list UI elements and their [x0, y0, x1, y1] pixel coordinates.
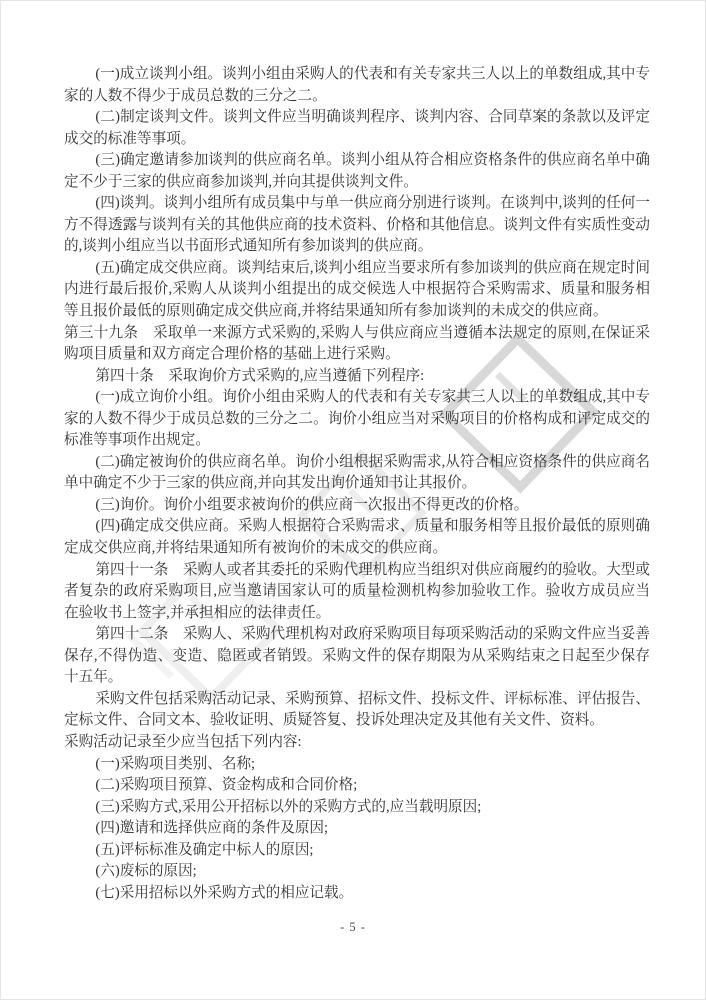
paragraph-record-item-6: (六)废标的原因;: [64, 861, 650, 883]
paragraph-item-1: (一)成立谈判小组。谈判小组由采购人的代表和有关专家共三人以上的单数组成,其中专…: [64, 64, 650, 107]
paragraph-item-inquiry-1: (一)成立询价小组。询价小组由采购人的代表和有关专家共三人以上的单数组成,其中专…: [64, 387, 650, 452]
paragraph-document-list: 采购文件包括采购活动记录、采购预算、招标文件、投标文件、评标标准、评估报告、定标…: [64, 689, 650, 732]
paragraph-article-41: 第四十一条 采购人或者其委托的采购代理机构应当组织对供应商履约的验收。大型或者复…: [64, 560, 650, 625]
paragraph-item-inquiry-2: (二)确定被询价的供应商名单。询价小组根据采购需求,从符合相应资格条件的供应商名…: [64, 452, 650, 495]
paragraph-record-item-4: (四)邀请和选择供应商的条件及原因;: [64, 818, 650, 840]
paragraph-article-42: 第四十二条 采购人、采购代理机构对政府采购项目每项采购活动的采购文件应当妥善保存…: [64, 624, 650, 689]
paragraph-record-intro: 采购活动记录至少应当包括下列内容:: [64, 732, 650, 754]
paragraph-record-item-1: (一)采购项目类别、名称;: [64, 754, 650, 776]
paragraph-record-item-3: (三)采购方式,采用公开招标以外的采购方式的,应当载明原因;: [64, 797, 650, 819]
document-body-text: (一)成立谈判小组。谈判小组由采购人的代表和有关专家共三人以上的单数组成,其中专…: [64, 64, 650, 904]
paragraph-item-3: (三)确定邀请参加谈判的供应商名单。谈判小组从符合相应资格条件的供应商名单中确定…: [64, 150, 650, 193]
document-page: (一)成立谈判小组。谈判小组由采购人的代表和有关专家共三人以上的单数组成,其中专…: [0, 0, 706, 1000]
paragraph-item-2: (二)制定谈判文件。谈判文件应当明确谈判程序、谈判内容、合同草案的条款以及评定成…: [64, 107, 650, 150]
paragraph-record-item-5: (五)评标标准及确定中标人的原因;: [64, 840, 650, 862]
paragraph-item-4: (四)谈判。谈判小组所有成员集中与单一供应商分别进行谈判。在谈判中,谈判的任何一…: [64, 193, 650, 258]
paragraph-item-inquiry-4: (四)确定成交供应商。采购人根据符合采购需求、质量和服务相等且报价最低的原则确定…: [64, 516, 650, 559]
paragraph-record-item-7: (七)采用招标以外采购方式的相应记载。: [64, 883, 650, 905]
paragraph-item-inquiry-3: (三)询价。询价小组要求被询价的供应商一次报出不得更改的价格。: [64, 495, 650, 517]
paragraph-article-39: 第三十九条 采取单一来源方式采购的,采购人与供应商应当遵循本法规定的原则,在保证…: [64, 323, 650, 366]
scanned-document-page: { "page": { "number_label": "- 5 -" }, "…: [0, 0, 706, 1000]
paragraph-item-5: (五)确定成交供应商。谈判结束后,谈判小组应当要求所有参加谈判的供应商在规定时间…: [64, 258, 650, 323]
paragraph-article-40: 第四十条 采取询价方式采购的,应当遵循下列程序:: [64, 366, 650, 388]
page-number: - 5 -: [0, 920, 706, 935]
paragraph-record-item-2: (二)采购项目预算、资金构成和合同价格;: [64, 775, 650, 797]
